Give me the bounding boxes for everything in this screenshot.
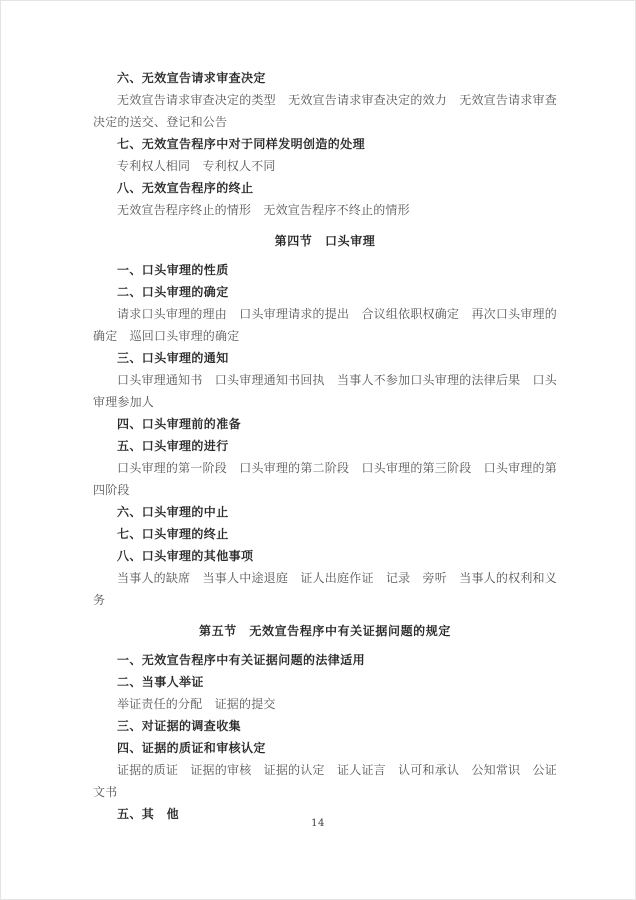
outline-item: 四、口头审理前的准备 — [93, 413, 557, 435]
toc-outline: 六、无效宣告请求审查决定无效宣告请求审查决定的类型 无效宣告请求审查决定的效力 … — [93, 67, 557, 825]
outline-item: 七、口头审理的终止 — [93, 523, 557, 545]
document-page: 六、无效宣告请求审查决定无效宣告请求审查决定的类型 无效宣告请求审查决定的效力 … — [0, 0, 636, 900]
outline-item: 八、口头审理的其他事项 — [93, 545, 557, 567]
section-heading: 第四节 口头审理 — [93, 230, 557, 252]
outline-item: 六、无效宣告请求审查决定 — [93, 67, 557, 89]
outline-detail: 口头审理的第一阶段 口头审理的第二阶段 口头审理的第三阶段 口头审理的第四阶段 — [93, 457, 557, 501]
outline-detail: 举证责任的分配 证据的提交 — [93, 693, 557, 715]
outline-item: 一、无效宣告程序中有关证据问题的法律适用 — [93, 649, 557, 671]
outline-detail: 口头审理通知书 口头审理通知书回执 当事人不参加口头审理的法律后果 口头审理参加… — [93, 369, 557, 413]
outline-item: 一、口头审理的性质 — [93, 259, 557, 281]
outline-item: 三、口头审理的通知 — [93, 347, 557, 369]
outline-item: 四、证据的质证和审核认定 — [93, 737, 557, 759]
outline-item: 六、口头审理的中止 — [93, 501, 557, 523]
outline-item: 三、对证据的调查收集 — [93, 715, 557, 737]
outline-item: 七、无效宣告程序中对于同样发明创造的处理 — [93, 133, 557, 155]
outline-item: 五、口头审理的进行 — [93, 435, 557, 457]
outline-detail: 无效宣告程序终止的情形 无效宣告程序不终止的情形 — [93, 199, 557, 221]
outline-detail: 专利权人相同 专利权人不同 — [93, 155, 557, 177]
outline-detail: 证据的质证 证据的审核 证据的认定 证人证言 认可和承认 公知常识 公证文书 — [93, 759, 557, 803]
outline-item: 二、口头审理的确定 — [93, 281, 557, 303]
outline-detail: 请求口头审理的理由 口头审理请求的提出 合议组依职权确定 再次口头审理的确定 巡… — [93, 303, 557, 347]
outline-detail: 无效宣告请求审查决定的类型 无效宣告请求审查决定的效力 无效宣告请求审查决定的送… — [93, 89, 557, 133]
outline-item: 二、当事人举证 — [93, 671, 557, 693]
section-heading: 第五节 无效宣告程序中有关证据问题的规定 — [93, 620, 557, 642]
outline-detail: 当事人的缺席 当事人中途退庭 证人出庭作证 记录 旁听 当事人的权利和义务 — [93, 567, 557, 611]
page-number: 14 — [1, 818, 635, 829]
outline-item: 八、无效宣告程序的终止 — [93, 177, 557, 199]
